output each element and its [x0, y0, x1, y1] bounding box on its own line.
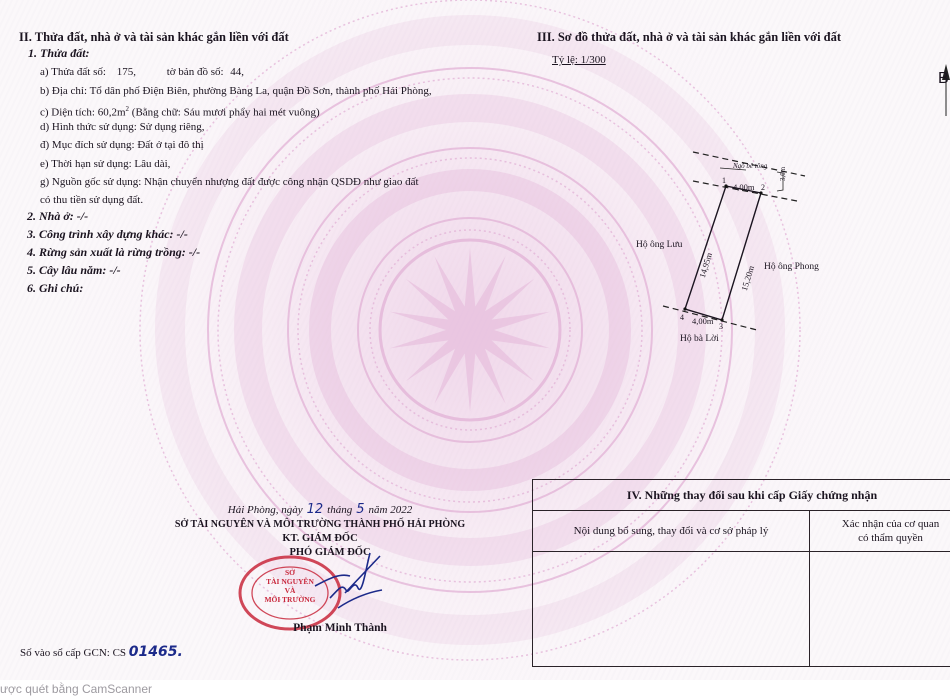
point-4-label: 4 — [680, 313, 684, 322]
road-width-label: 3,0m — [779, 167, 787, 181]
issuing-organization: SỞ TÀI NGUYÊN VÀ MÔI TRƯỜNG THÀNH PHỐ HẢ… — [150, 519, 490, 530]
neighbor-left: Hộ ông Lưu — [636, 240, 682, 250]
authority-header-line-1: Xác nhận của cơ quan — [811, 517, 950, 531]
signer-name: Phạm Minh Thành — [170, 622, 510, 634]
authority-header-line-2: có thẩm quyền — [811, 531, 950, 545]
registry-line: Số vào sổ cấp GCN: CS 01465. — [20, 646, 183, 660]
on-behalf-title: KT. GIÁM ĐỐC — [150, 533, 490, 544]
date-prefix: Hải Phòng, ngày — [228, 504, 303, 516]
issue-month: 5 — [356, 502, 364, 517]
neighbor-right: Hộ ông Phong — [764, 262, 819, 272]
month-label: tháng — [327, 504, 352, 516]
registry-number: 01465. — [129, 644, 183, 660]
authority-confirmation-cell — [810, 552, 950, 667]
changes-content-cell — [533, 552, 810, 667]
neighbor-bottom: Hộ bà Lời — [680, 334, 719, 344]
point-3-label: 3 — [719, 322, 723, 331]
point-1-label: 1 — [722, 176, 726, 185]
scanner-watermark: ược quét bằng CamScanner — [0, 682, 152, 696]
signature-scribble-icon — [310, 548, 390, 618]
changes-column-header: Nội dung bổ sung, thay đổi và cơ sở pháp… — [533, 511, 810, 552]
section-iv-title: IV. Những thay đổi sau khi cấp Giấy chứn… — [533, 480, 950, 511]
issue-day: 12 — [307, 502, 324, 517]
edge-bottom-length: 4,00m — [692, 316, 714, 326]
north-label: B — [938, 70, 949, 88]
parcel-boundary — [685, 186, 761, 320]
issue-date: Hải Phòng, ngày 12 tháng 5 năm 2022 — [150, 500, 490, 518]
point-2-label: 2 — [761, 183, 765, 192]
registry-label: Số vào sổ cấp GCN: CS — [20, 647, 126, 659]
edge-top-length: 4,00m — [733, 182, 755, 192]
changes-table: IV. Những thay đổi sau khi cấp Giấy chứn… — [532, 479, 950, 667]
authority-column-header: Xác nhận của cơ quan có thẩm quyền — [810, 511, 950, 552]
issue-year: năm 2022 — [369, 504, 413, 516]
road-label: Ngõ bê tông — [733, 162, 767, 170]
